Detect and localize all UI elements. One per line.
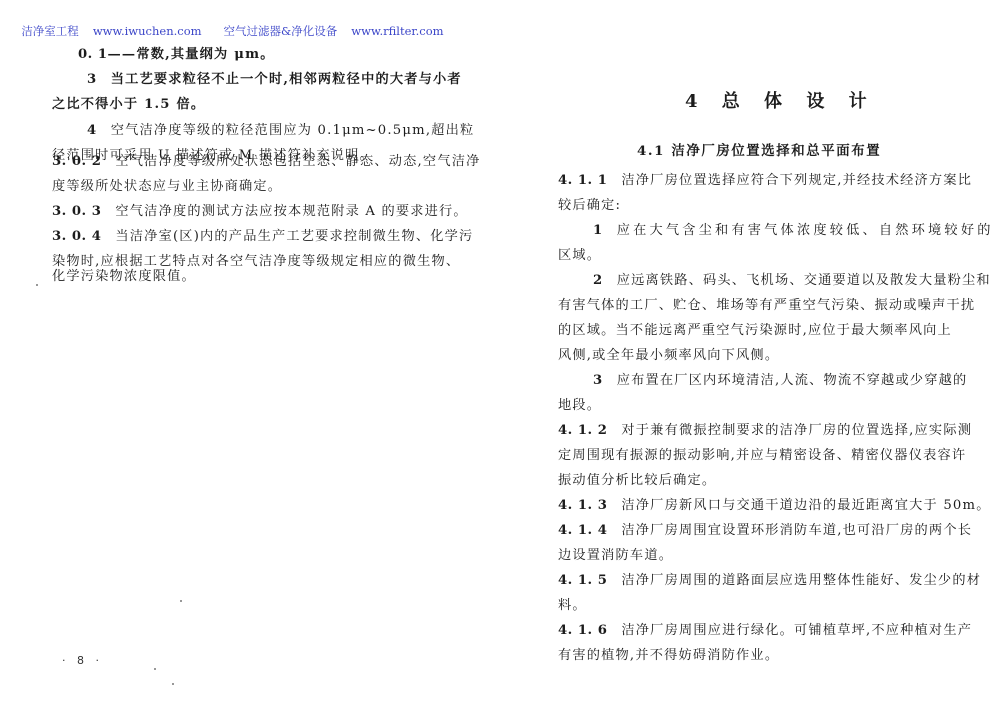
line-text: 地段。 [558, 398, 601, 413]
text-line: 定周围现有振源的振动影响,并应与精密设备、精密仪器仪表容许 [558, 447, 966, 464]
line-text: 定周围现有振源的振动影响,并应与精密设备、精密仪器仪表容许 [558, 448, 966, 463]
line-text: 化学污染物浓度限值。 [52, 269, 196, 284]
text-line: 风侧,或全年最小频率风向下风侧。 [558, 347, 779, 364]
line-text: 染物时,应根据工艺特点对各空气洁净度等级规定相应的微生物、 [52, 254, 460, 269]
clause-number: 0. 1 [78, 47, 108, 62]
line-text: 洁净厂房新风口与交通干道边沿的最近距离宜大于 50m。 [621, 498, 990, 513]
section-title-4-1: 4.1 洁净厂房位置选择和总平面布置 [637, 140, 881, 159]
chapter-title: 4 总 体 设 计 [685, 87, 876, 113]
text-line: 化学污染物浓度限值。 [52, 268, 196, 285]
text-line: 边设置消防车道。 [558, 547, 673, 564]
line-text: 洁净厂房周围宜设置环形消防车道,也可沿厂房的两个长 [621, 523, 972, 538]
text-line: 有害的植物,并不得妨碍消防作业。 [558, 647, 779, 664]
line-text: 的区域。当不能远离严重空气污染源时,应位于最大频率风向上 [558, 323, 952, 338]
text-line: 的区域。当不能远离严重空气污染源时,应位于最大频率风向上 [558, 322, 952, 339]
line-text: 有害气体的工厂、贮仓、堆场等有严重空气污染、振动或噪声干扰 [558, 298, 975, 313]
line-text: 应布置在厂区内环境清洁,人流、物流不穿越或少穿越的 [617, 373, 968, 388]
line-text: ——常数,其量纲为 μm。 [108, 47, 275, 62]
line-text: 洁净厂房周围的道路面层应选用整体性能好、发尘少的材 [621, 573, 981, 588]
text-line-4-1-1: 4. 1. 1洁净厂房位置选择应符合下列规定,并经技术经济方案比 [558, 172, 972, 189]
item-number: 3 [87, 72, 97, 87]
line-text: 洁净厂房周围应进行绿化。可铺植草坪,不应种植对生产 [621, 623, 972, 638]
text-line-3-0-3: 3. 0. 3空气洁净度的测试方法应按本规范附录 A 的要求进行。 [52, 203, 468, 220]
line-text: 对于兼有微振控制要求的洁净厂房的位置选择,应实际测 [621, 423, 972, 438]
line-text: 料。 [558, 598, 587, 613]
line-text: 应在大气含尘和有害气体浓度较低、自然环境较好的 [617, 223, 994, 238]
scan-speck [172, 683, 174, 685]
line-text: 空气洁净度等级的粒径范围应为 0.1μm~0.5μm,超出粒 [111, 123, 475, 138]
line-text: 当工艺要求粒径不止一个时,相邻两粒径中的大者与小者 [111, 72, 462, 87]
text-line-3-0-4: 3. 0. 4当洁净室(区)内的产品生产工艺要求控制微生物、化学污 [52, 228, 473, 245]
line-text: 边设置消防车道。 [558, 548, 673, 563]
scan-speck [154, 668, 156, 670]
clause-number: 3. 0. 4 [52, 229, 101, 244]
item-number: 4 [87, 123, 97, 138]
text-line: 较后确定: [558, 197, 621, 214]
clause-number: 4. 1. 3 [558, 498, 607, 513]
right-page: 4 总 体 设 计 4.1 洁净厂房位置选择和总平面布置 4. 1. 1洁净厂房… [500, 0, 1000, 707]
text-line: 料。 [558, 597, 587, 614]
text-line-4-1-3: 4. 1. 3洁净厂房新风口与交通干道边沿的最近距离宜大于 50m。 [558, 497, 991, 514]
line-text: 区域。 [558, 248, 601, 263]
scan-speck [36, 284, 38, 286]
line-text: 空气洁净度等级所处状态包括空态、静态、动态,空气洁净 [115, 154, 480, 169]
clause-number: 4. 1. 4 [558, 523, 607, 538]
clause-number: 4. 1. 1 [558, 173, 607, 188]
text-line: 4空气洁净度等级的粒径范围应为 0.1μm~0.5μm,超出粒 [87, 122, 474, 139]
text-line: 1应在大气含尘和有害气体浓度较低、自然环境较好的 [593, 222, 994, 239]
text-line-3-0-2: 3. 0. 2空气洁净度等级所处状态包括空态、静态、动态,空气洁净 [52, 153, 480, 170]
text-line: 有害气体的工厂、贮仓、堆场等有严重空气污染、振动或噪声干扰 [558, 297, 975, 314]
clause-number: 3. 0. 2 [52, 154, 101, 169]
text-line: 度等级所处状态应与业主协商确定。 [52, 178, 282, 195]
page-number-left: · 8 · [62, 654, 103, 667]
clause-number: 4. 1. 6 [558, 623, 607, 638]
text-line-4-1-6: 4. 1. 6洁净厂房周围应进行绿化。可铺植草坪,不应种植对生产 [558, 622, 972, 639]
left-page: 0. 1——常数,其量纲为 μm。 3当工艺要求粒径不止一个时,相邻两粒径中的大… [0, 0, 500, 707]
text-line: 2应远离铁路、码头、飞机场、交通要道以及散发大量粉尘和 [593, 272, 991, 289]
text-line: 区域。 [558, 247, 601, 264]
item-number: 1 [593, 223, 603, 238]
text-line: 地段。 [558, 397, 601, 414]
clause-number: 4. 1. 2 [558, 423, 607, 438]
clause-number: 3. 0. 3 [52, 204, 101, 219]
item-number: 2 [593, 273, 603, 288]
text-line-4-1-5: 4. 1. 5洁净厂房周围的道路面层应选用整体性能好、发尘少的材 [558, 572, 981, 589]
text-line: 之比不得小于 1.5 倍。 [52, 96, 205, 113]
line-text: 当洁净室(区)内的产品生产工艺要求控制微生物、化学污 [115, 229, 473, 244]
line-text: 空气洁净度的测试方法应按本规范附录 A 的要求进行。 [115, 204, 467, 219]
text-line: 0. 1——常数,其量纲为 μm。 [78, 46, 275, 63]
line-text: 振动值分析比较后确定。 [558, 473, 716, 488]
text-line: 3应布置在厂区内环境清洁,人流、物流不穿越或少穿越的 [593, 372, 967, 389]
line-text: 较后确定: [558, 198, 621, 213]
clause-number: 4. 1. 5 [558, 573, 607, 588]
text-line-4-1-4: 4. 1. 4洁净厂房周围宜设置环形消防车道,也可沿厂房的两个长 [558, 522, 972, 539]
scan-speck [180, 600, 182, 602]
item-number: 3 [593, 373, 603, 388]
line-text: 之比不得小于 1.5 倍。 [52, 97, 205, 112]
line-text: 应远离铁路、码头、飞机场、交通要道以及散发大量粉尘和 [617, 273, 991, 288]
text-line: 3当工艺要求粒径不止一个时,相邻两粒径中的大者与小者 [87, 71, 462, 88]
line-text: 风侧,或全年最小频率风向下风侧。 [558, 348, 779, 363]
line-text: 有害的植物,并不得妨碍消防作业。 [558, 648, 779, 663]
line-text: 洁净厂房位置选择应符合下列规定,并经技术经济方案比 [621, 173, 972, 188]
line-text: 度等级所处状态应与业主协商确定。 [52, 179, 282, 194]
text-line-4-1-2: 4. 1. 2对于兼有微振控制要求的洁净厂房的位置选择,应实际测 [558, 422, 972, 439]
text-line: 振动值分析比较后确定。 [558, 472, 716, 489]
